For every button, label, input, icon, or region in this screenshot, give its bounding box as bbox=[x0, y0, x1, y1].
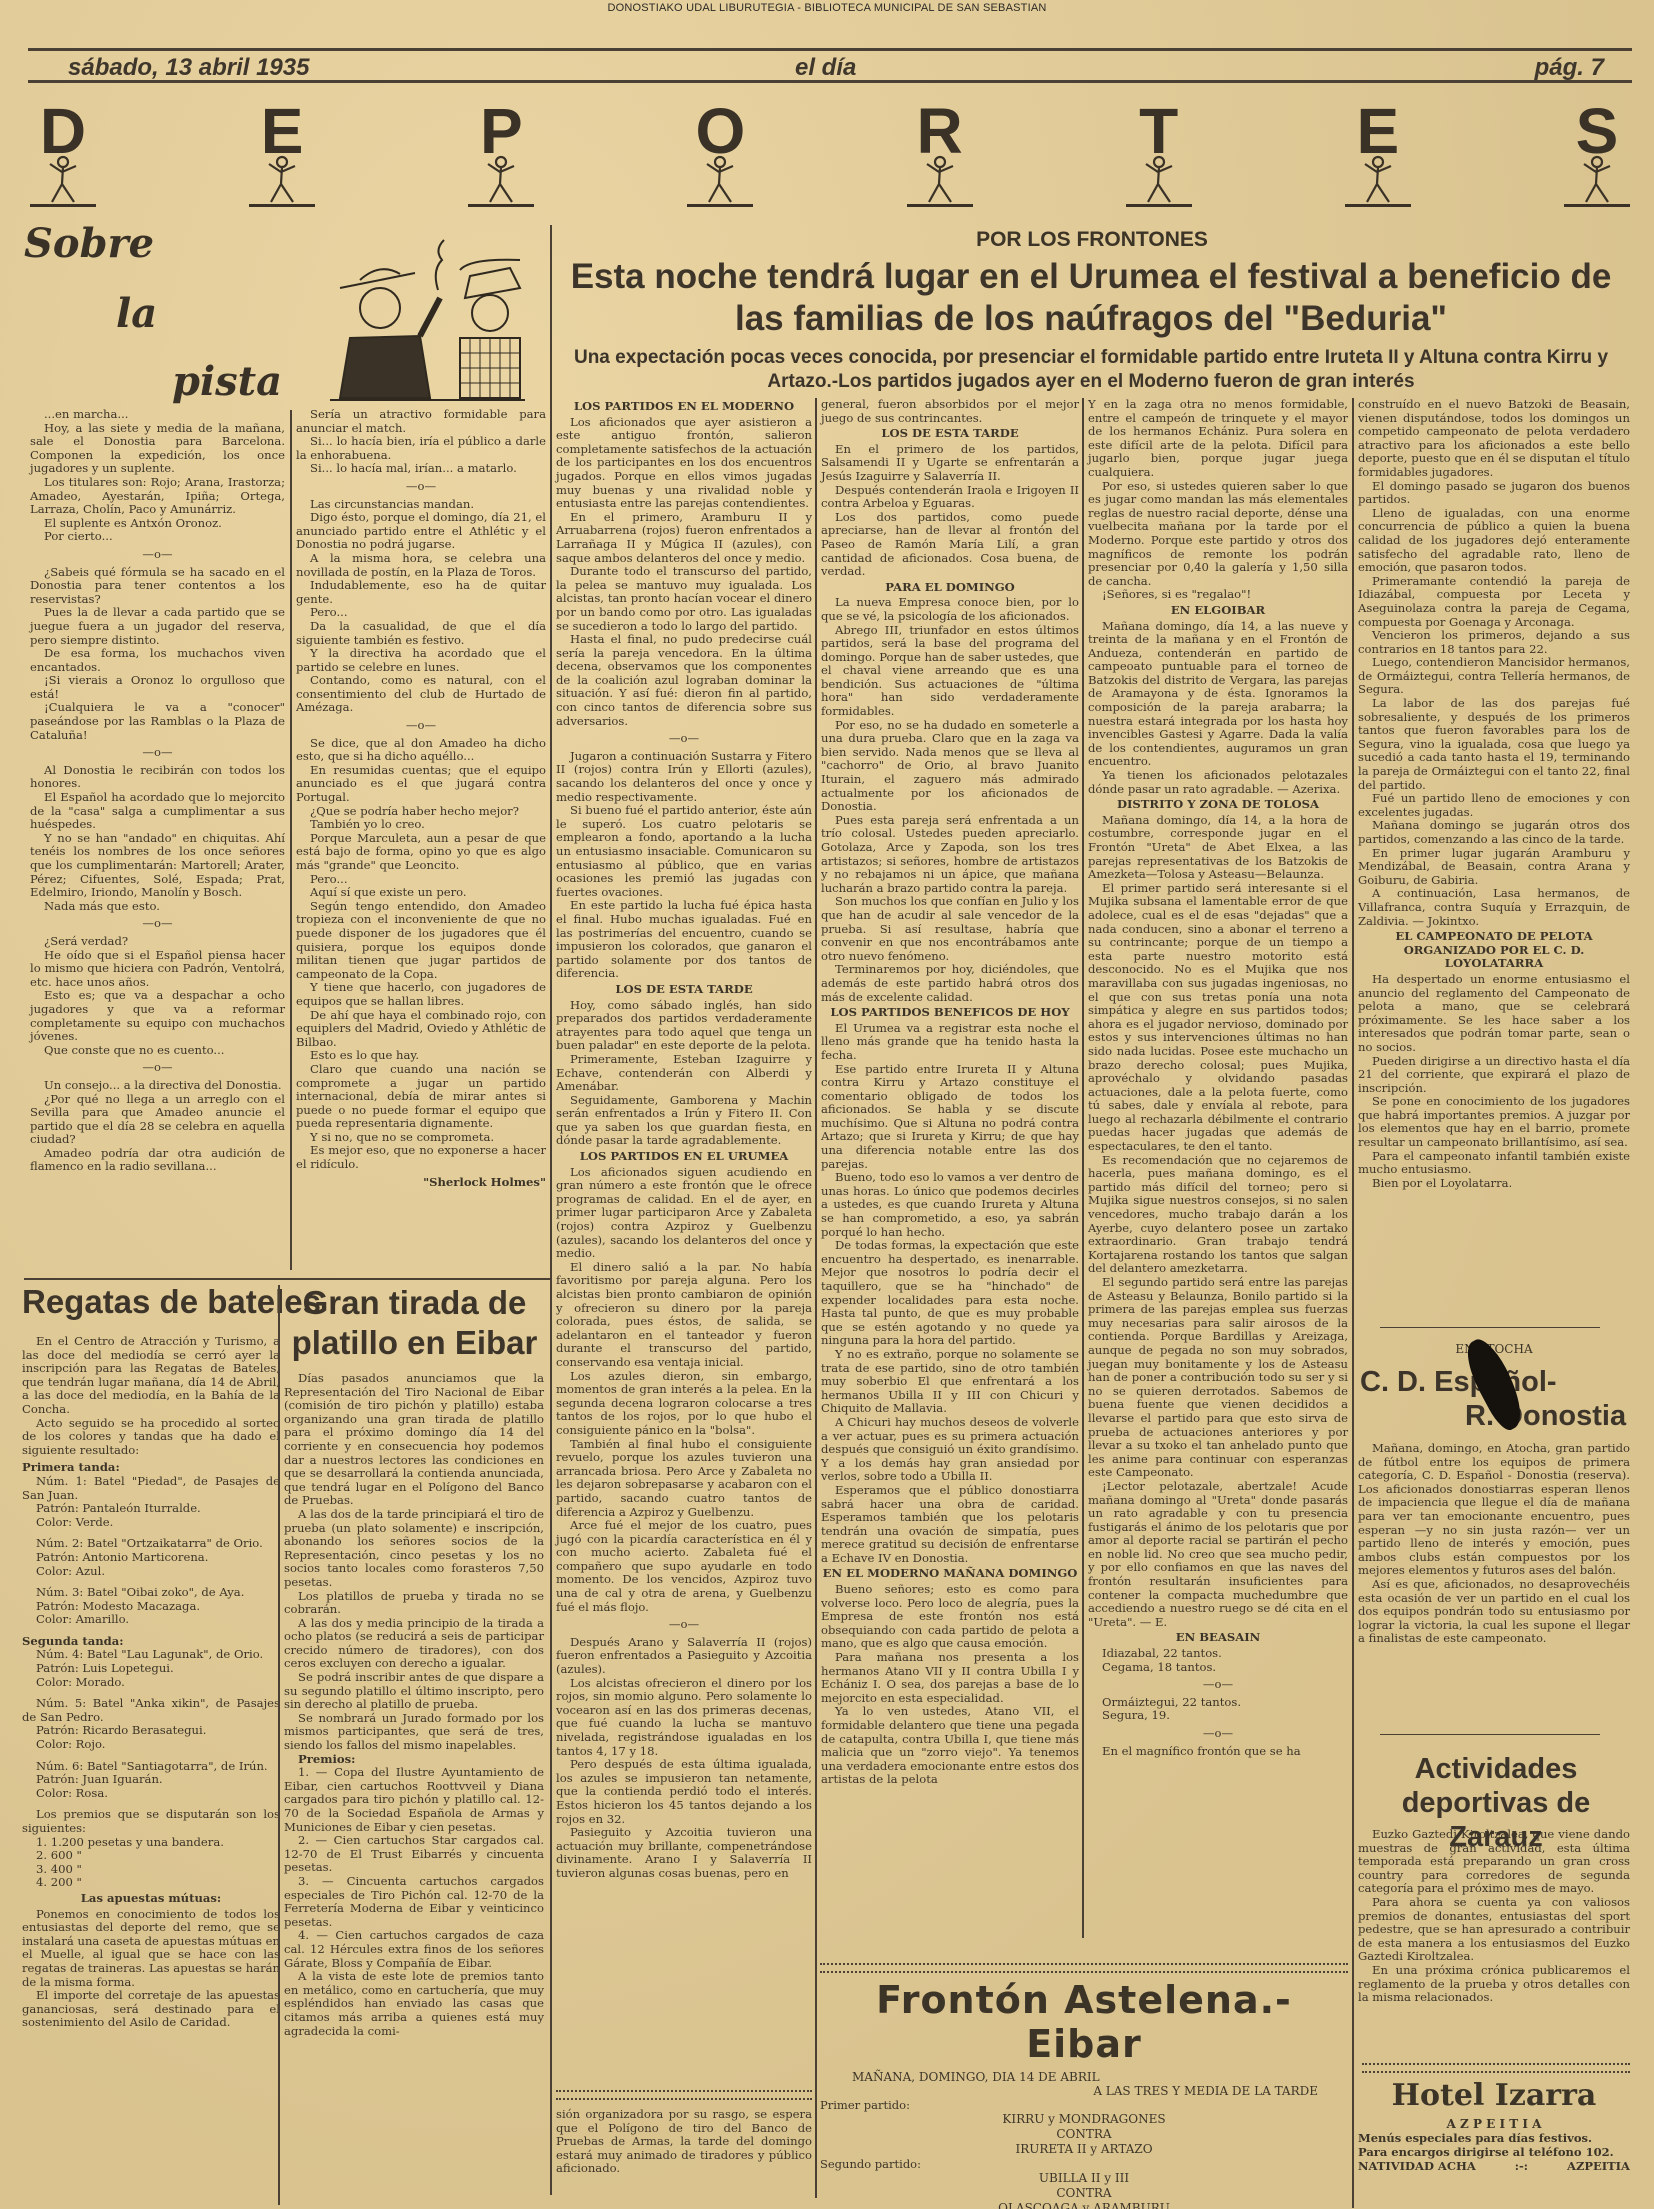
tirada-article: Días pasados anunciamos que la Represent… bbox=[284, 1372, 544, 2038]
paragraph: Euzko Gaztedi Kiroltzalea, que viene dan… bbox=[1358, 1828, 1630, 1896]
athlete-figure-icon bbox=[478, 154, 524, 204]
paragraph: Si... lo hacía bien, iría el público a d… bbox=[296, 435, 546, 462]
paragraph: Los azules dieron, sin embargo, momentos… bbox=[556, 1370, 812, 1438]
paragraph: ...en marcha... bbox=[30, 408, 285, 422]
tanda-label: Segunda tanda: bbox=[22, 1635, 280, 1649]
match-line: CONTRA bbox=[820, 2186, 1348, 2201]
paragraph: El dinero salió a la par. No había favor… bbox=[556, 1261, 812, 1370]
paragraph: Pero después de esta última igualada, lo… bbox=[556, 1758, 812, 1826]
deportes-section-banner: DEPORTES bbox=[28, 98, 1632, 213]
paragraph: ¡Señores, si es "regalao"! bbox=[1088, 588, 1348, 602]
paragraph: Bien por el Loyolatarra. bbox=[1358, 1177, 1630, 1191]
paragraph: Abrego III, triunfador en estos últimos … bbox=[821, 624, 1079, 719]
banner-letter-o: O bbox=[685, 98, 755, 213]
paragraph: Las circunstancias mandan. bbox=[296, 498, 546, 512]
subheading: EN ELGOIBAR bbox=[1088, 604, 1348, 618]
paragraph: general, fueron absorbidos por el mejor … bbox=[821, 398, 1079, 425]
paragraph: Hoy, como sábado inglés, han sido prepar… bbox=[556, 999, 812, 1053]
frontones-column-2: general, fueron absorbidos por el mejor … bbox=[821, 398, 1079, 1787]
paragraph: En el primero de los partidos, Salsamend… bbox=[821, 443, 1079, 484]
hotel-line-2: Para encargos dirigirse al teléfono 102. bbox=[1358, 2145, 1630, 2159]
paragraph: Indudablemente, eso ha de quitar gente. bbox=[296, 579, 546, 606]
paragraph: De esa forma, los muchachos viven encant… bbox=[30, 647, 285, 674]
paragraph: Pues esta pareja será enfrentada a un tr… bbox=[821, 814, 1079, 896]
paragraph: La nueva Empresa conoce bien, por lo que… bbox=[821, 596, 1079, 623]
paragraph: Después Arano y Salaverría II (rojos) fu… bbox=[556, 1636, 812, 1677]
column-divider bbox=[278, 1285, 280, 2205]
prize-line: 1. 1.200 pesetas y una bandera. bbox=[22, 1836, 280, 1850]
column-divider bbox=[1082, 398, 1084, 1938]
paragraph: Mañana domingo, día 14, a la hora de cos… bbox=[1088, 814, 1348, 882]
section-separator: —o— bbox=[1088, 1727, 1348, 1741]
paragraph: Se pone en conocimiento de los jugadores… bbox=[1358, 1095, 1630, 1149]
zarauz-article: Euzko Gaztedi Kiroltzalea, que viene dan… bbox=[1358, 1828, 1630, 2005]
paragraph: Acto seguido se ha procedido al sorteo d… bbox=[22, 1417, 280, 1458]
paragraph: El segundo partido será entre las pareja… bbox=[1088, 1276, 1348, 1480]
paragraph: Según tengo entendido, don Amadeo tropie… bbox=[296, 900, 546, 982]
paragraph: Hoy, a las siete y media de la mañana, s… bbox=[30, 422, 285, 476]
batel-entry: Núm. 2: Batel "Ortzaikatarra" de Orio. bbox=[22, 1537, 280, 1551]
paragraph: Primeramente, Esteban Izaguirre y Echave… bbox=[556, 1053, 812, 1094]
fronton-ad-match1-label: Primer partido: bbox=[820, 2098, 1348, 2112]
banner-ground-line bbox=[468, 204, 534, 207]
match-line: UBILLA II y III bbox=[820, 2171, 1348, 2186]
regatas-article: En el Centro de Atracción y Turismo, a l… bbox=[22, 1335, 280, 2030]
paragraph: Arce fué el mejor de los cuatro, pues ju… bbox=[556, 1519, 812, 1614]
frontones-column-1: LOS PARTIDOS EN EL MODERNOLos aficionado… bbox=[556, 398, 812, 1881]
paragraph: Los aficionados que ayer asistieron a es… bbox=[556, 416, 812, 511]
batel-patron: Patrón: Pantaleón Iturralde. bbox=[22, 1502, 280, 1516]
prize-line: 4. 200 " bbox=[22, 1876, 280, 1890]
subheading: PARA EL DOMINGO bbox=[821, 581, 1079, 595]
paragraph: Primeramante contendió la pareja de Idia… bbox=[1358, 575, 1630, 629]
column-divider bbox=[290, 410, 292, 1270]
prize-paragraph: 1. — Copa del Ilustre Ayuntamiento de Ei… bbox=[284, 1766, 544, 1834]
paragraph: ¡Cualquiera le va a "conocer" paseándose… bbox=[30, 701, 285, 742]
athlete-figure-icon bbox=[259, 154, 305, 204]
paragraph: El Español ha acordado que lo mejorcito … bbox=[30, 791, 285, 832]
paragraph: En resumidas cuentas; que el equipo anun… bbox=[296, 764, 546, 805]
paragraph: Por eso, si ustedes quieren saber lo que… bbox=[1088, 480, 1348, 589]
athlete-figure-icon bbox=[1136, 154, 1182, 204]
fronton-ad-match1: KIRRU y MONDRAGONESCONTRAIRURETA II y AR… bbox=[820, 2112, 1348, 2157]
paragraph: Hasta el final, no pudo predecirse cuál … bbox=[556, 633, 812, 728]
paragraph: Y no es extraño, porque no solamente se … bbox=[821, 1348, 1079, 1416]
section-divider bbox=[24, 1278, 550, 1280]
paragraph: Para el campeonato infantil también exis… bbox=[1358, 1150, 1630, 1177]
batel-entry: Núm. 4: Batel "Lau Lagunak", de Orio. bbox=[22, 1648, 280, 1662]
masthead-paper-name: el día bbox=[795, 54, 856, 82]
paragraph: Fué un partido lleno de emociones y con … bbox=[1358, 792, 1630, 819]
paragraph: Por cierto... bbox=[30, 530, 285, 544]
signature: "Sherlock Holmes" bbox=[296, 1176, 546, 1190]
paragraph: Bueno, todo eso lo vamos a ver dentro de… bbox=[821, 1171, 1079, 1239]
paragraph: Ese partido entre Irureta II y Altuna co… bbox=[821, 1063, 1079, 1172]
paragraph: También al final hubo el consiguiente re… bbox=[556, 1438, 812, 1520]
paragraph: Los dos partidos, como puede apreciarse,… bbox=[821, 511, 1079, 579]
prize-paragraph: A la vista de este lote de premios tanto… bbox=[284, 1970, 544, 2038]
prize-paragraph: 3. — Cincuenta cartuchos cargados especi… bbox=[284, 1875, 544, 1929]
subheading: LOS DE ESTA TARDE bbox=[556, 983, 812, 997]
paragraph: En primer lugar jugarán Aramburu y Mendi… bbox=[1358, 847, 1630, 888]
paragraph: ¿Que se podría haber hecho mejor? bbox=[296, 805, 546, 819]
paragraph: Se dice, que al don Amadeo ha dicho esto… bbox=[296, 737, 546, 764]
paragraph: Digo ésto, porque el domingo, día 21, el… bbox=[296, 511, 546, 552]
paragraph: Lleno de igualadas, con una enorme concu… bbox=[1358, 507, 1630, 575]
paragraph: Si... lo hacía mal, irían... a matarlo. bbox=[296, 462, 546, 476]
hotel-advertisement: Hotel Izarra A Z P E I T I A Menús espec… bbox=[1358, 2078, 1630, 2173]
regatas-headline: Regatas de bateles bbox=[22, 1283, 321, 1321]
fronton-advertisement: Frontón Astelena.-Eibar MAÑANA, DOMINGO,… bbox=[820, 1978, 1348, 2209]
paragraph: Ya tienen los aficionados pelotazales dó… bbox=[1088, 769, 1348, 796]
paragraph: Da la casualidad, de que el día siguient… bbox=[296, 620, 546, 647]
hotel-town-footer: AZPEITIA bbox=[1567, 2159, 1630, 2173]
paragraph: ¡Si vierais a Oronoz lo orgulloso que es… bbox=[30, 674, 285, 701]
subheading: EN BEASAIN bbox=[1088, 1631, 1348, 1645]
batel-color: Color: Verde. bbox=[22, 1516, 280, 1530]
column-divider bbox=[550, 225, 552, 2195]
paragraph: De ahí que haya el combinado rojo, con e… bbox=[296, 1009, 546, 1050]
paragraph: Los alcistas ofrecieron el dinero por lo… bbox=[556, 1677, 812, 1759]
paragraph: Aquí sí que existe un pero. bbox=[296, 886, 546, 900]
paragraph: Los premios que se disputarán son los si… bbox=[22, 1808, 280, 1835]
frontones-headline: Esta noche tendrá lugar en el Urumea el … bbox=[550, 256, 1632, 340]
subheading: Premios: bbox=[284, 1753, 544, 1767]
athlete-figure-icon bbox=[1355, 154, 1401, 204]
fronton-ad-match2: UBILLA II y IIICONTRAOLASCOAGA y ARAMBUR… bbox=[820, 2171, 1348, 2209]
paragraph: Son muchos los que confían en Julio y lo… bbox=[821, 895, 1079, 963]
fronton-ad-match2-label: Segundo partido: bbox=[820, 2157, 1348, 2171]
paragraph: Para ahora se cuenta ya con valiosos pre… bbox=[1358, 1896, 1630, 1964]
sobre-la-pista-column-1: ...en marcha...Hoy, a las siete y media … bbox=[30, 408, 285, 1174]
athlete-figure-icon bbox=[40, 154, 86, 204]
paragraph: ¿Sabeis qué fórmula se ha sacado en el D… bbox=[30, 566, 285, 607]
frontones-kicker: POR LOS FRONTONES bbox=[560, 228, 1624, 252]
fronton-ad-time: A LAS TRES Y MEDIA DE LA TARDE bbox=[820, 2084, 1348, 2098]
tirada-headline: Gran tirada de platillo en Eibar bbox=[282, 1283, 547, 1363]
paragraph: sión organizadora por su rasgo, se esper… bbox=[556, 2108, 812, 2176]
match-line: KIRRU y MONDRAGONES bbox=[820, 2112, 1348, 2127]
batel-entry: Núm. 3: Batel "Oibai zoko", de Aya. bbox=[22, 1586, 280, 1600]
paragraph: Días pasados anunciamos que la Represent… bbox=[284, 1372, 544, 1508]
score-line: Idiazabal, 22 tantos. bbox=[1088, 1647, 1348, 1661]
paragraph: Ha despertado un enorme entusiasmo el an… bbox=[1358, 973, 1630, 1055]
prize-line: 2. 600 " bbox=[22, 1849, 280, 1863]
paragraph: De todas formas, la expectación que este… bbox=[821, 1239, 1079, 1348]
subheading: LOS PARTIDOS EN EL MODERNO bbox=[556, 400, 812, 414]
paragraph: Mañana domingo, día 14, a las nueve y tr… bbox=[1088, 620, 1348, 770]
column-divider bbox=[815, 398, 817, 2198]
paragraph: Ya lo ven ustedes, Atano VII, el formida… bbox=[821, 1705, 1079, 1787]
paragraph: Pero... bbox=[296, 606, 546, 620]
paragraph: Se nombrará un Jurado formado por los mi… bbox=[284, 1712, 544, 1753]
paragraph: Mañana, domingo, en Atocha, gran partido… bbox=[1358, 1442, 1630, 1578]
paragraph: He oído que si el Español piensa hacer l… bbox=[30, 949, 285, 990]
batel-color: Color: Morado. bbox=[22, 1676, 280, 1690]
paragraph: Y la directiva ha acordado que el partid… bbox=[296, 647, 546, 674]
paragraph: Pues la de llevar a cada partido que se … bbox=[30, 606, 285, 647]
section-separator: —o— bbox=[296, 719, 546, 733]
paragraph: En este partido la lucha fué épica hasta… bbox=[556, 899, 812, 981]
paragraph: Y tiene que hacerlo, con jugadores de eq… bbox=[296, 981, 546, 1008]
paragraph: El Urumea va a registrar esta noche el l… bbox=[821, 1022, 1079, 1063]
paragraph: Contando, como es natural, con el consen… bbox=[296, 674, 546, 715]
paragraph: Pasieguito y Azcoitia tuvieron una actua… bbox=[556, 1826, 812, 1880]
paragraph: Durante todo el transcurso del partido, … bbox=[556, 565, 812, 633]
paragraph: En el magnífico frontón que se ha bbox=[1088, 1745, 1348, 1759]
score-line: Ormáiztegui, 22 tantos. bbox=[1088, 1696, 1348, 1710]
banner-letter-s: S bbox=[1562, 98, 1632, 213]
subheading: Las apuestas mútuas: bbox=[22, 1892, 280, 1906]
paragraph: Es mejor eso, que no exponerse a hacer e… bbox=[296, 1144, 546, 1171]
paragraph: Jugaron a continuación Sustarra y Fitero… bbox=[556, 750, 812, 804]
paragraph: A las dos de la tarde principiará el tir… bbox=[284, 1508, 544, 1590]
hotel-owner: NATIVIDAD ACHA bbox=[1358, 2159, 1476, 2173]
prize-paragraph: 2. — Cien cartuchos Star cargados cal. 1… bbox=[284, 1834, 544, 1875]
prize-paragraph: 4. — Cien cartuchos cargados de caza cal… bbox=[284, 1929, 544, 1970]
paragraph: Si bueno fué el partido anterior, éste a… bbox=[556, 804, 812, 899]
subheading: LOS PARTIDOS BENEFICOS DE HOY bbox=[821, 1006, 1079, 1020]
paragraph: Se podrá inscribir antes de que dispare … bbox=[284, 1671, 544, 1712]
paragraph: Porque Marculeta, aun a pesar de que est… bbox=[296, 832, 546, 873]
hotel-name: Hotel Izarra bbox=[1358, 2078, 1630, 2113]
section-separator: —o— bbox=[30, 548, 285, 562]
hotel-town: A Z P E I T I A bbox=[1358, 2117, 1630, 2131]
fronton-ad-date: MAÑANA, DOMINGO, DIA 14 DE ABRIL bbox=[820, 2070, 1348, 2084]
paragraph: Claro que cuando una nación se compromet… bbox=[296, 1063, 546, 1131]
paragraph: ¿Por qué no llega a un arreglo con el Se… bbox=[30, 1093, 285, 1147]
espanol-headline-line1: C. D. Español- bbox=[1360, 1366, 1557, 1399]
paragraph: Pueden dirigirse a un directivo hasta el… bbox=[1358, 1055, 1630, 1096]
banner-ground-line bbox=[687, 204, 753, 207]
paragraph: A continuación, Lasa hermanos, de Villaf… bbox=[1358, 887, 1630, 928]
paragraph: Luego, contendieron Mancisidor hermanos,… bbox=[1358, 656, 1630, 697]
paragraph: Los titulares son: Rojo; Arana, Irastorz… bbox=[30, 476, 285, 517]
banner-ground-line bbox=[1126, 204, 1192, 207]
banner-ground-line bbox=[1564, 204, 1630, 207]
subheading: EN EL MODERNO MAÑANA DOMINGO bbox=[821, 1567, 1079, 1581]
paragraph: Un consejo... a la directiva del Donosti… bbox=[30, 1079, 285, 1093]
banner-letter-e: E bbox=[247, 98, 317, 213]
paragraph: También yo lo creo. bbox=[296, 818, 546, 832]
paragraph: Y no se han "andado" en chiquitas. Ahí t… bbox=[30, 832, 285, 900]
subheading: EL CAMPEONATO DE PELOTA ORGANIZADO POR E… bbox=[1358, 930, 1630, 971]
hotel-line-1: Menús especiales para días festivos. bbox=[1358, 2131, 1630, 2145]
score-line: Segura, 19. bbox=[1088, 1709, 1348, 1723]
hotel-separator: :-: bbox=[1515, 2159, 1528, 2173]
paragraph: En el primero, Aramburu II y Arruabarren… bbox=[556, 511, 812, 565]
frontones-column-4: construído en el nuevo Batzoki de Beasai… bbox=[1358, 398, 1630, 1190]
paragraph: A Chicuri hay muchos deseos de volverle … bbox=[821, 1416, 1079, 1484]
batel-patron: Patrón: Juan Iguarán. bbox=[22, 1773, 280, 1787]
paragraph: Sería un atractivo formidable para anunc… bbox=[296, 408, 546, 435]
section-separator: —o— bbox=[30, 1061, 285, 1075]
section-separator: —o— bbox=[30, 746, 285, 760]
frontones-column-3: Y en la zaga otra no menos formidable, e… bbox=[1088, 398, 1348, 1758]
masthead-date: sábado, 13 abril 1935 bbox=[68, 54, 309, 82]
paragraph: A la misma hora, se celebra una novillad… bbox=[296, 552, 546, 579]
banner-ground-line bbox=[30, 204, 96, 207]
section-separator: —o— bbox=[556, 732, 812, 746]
paragraph: ¡Lector pelotazale, abertzale! Acude mañ… bbox=[1088, 1480, 1348, 1630]
sobre-la-pista-column-2: Sería un atractivo formidable para anunc… bbox=[296, 408, 546, 1193]
paragraph: Pero... bbox=[296, 873, 546, 887]
banner-letter-p: P bbox=[466, 98, 536, 213]
paragraph: Mañana domingo se jugarán otros dos part… bbox=[1358, 819, 1630, 846]
paragraph: El importe del corretaje de las apuestas… bbox=[22, 1989, 280, 2030]
batel-color: Color: Rojo. bbox=[22, 1738, 280, 1752]
ornament-rule bbox=[1380, 1734, 1600, 1735]
paragraph: Y en la zaga otra no menos formidable, e… bbox=[1088, 398, 1348, 480]
paragraph: Esperamos que el público donostiarra sab… bbox=[821, 1484, 1079, 1566]
match-line: CONTRA bbox=[820, 2127, 1348, 2142]
paragraph: Para mañana nos presenta a los hermanos … bbox=[821, 1651, 1079, 1705]
fronton-ad-title: Frontón Astelena.-Eibar bbox=[820, 1978, 1348, 2066]
column-title-pista: pista bbox=[172, 358, 282, 405]
subheading: LOS PARTIDOS EN EL URUMEA bbox=[556, 1150, 812, 1164]
banner-letter-t: T bbox=[1124, 98, 1194, 213]
tanda-label: Primera tanda: bbox=[22, 1461, 280, 1475]
column-title-la: la bbox=[116, 290, 157, 337]
cartoon-illustration bbox=[320, 228, 530, 403]
section-separator: —o— bbox=[30, 917, 285, 931]
athlete-figure-icon bbox=[1574, 154, 1620, 204]
paragraph: El primer partido será interesante si el… bbox=[1088, 882, 1348, 1154]
paragraph: Los aficionados siguen acudiendo en gran… bbox=[556, 1166, 812, 1261]
section-separator: —o— bbox=[556, 1618, 812, 1632]
match-line: IRURETA II y ARTAZO bbox=[820, 2142, 1348, 2157]
paragraph: Que conste que no es cuento... bbox=[30, 1044, 285, 1058]
frontones-deck: Una expectación pocas veces conocida, po… bbox=[550, 346, 1632, 394]
paragraph: Después contenderán Iraola e Irigoyen II… bbox=[821, 484, 1079, 511]
paragraph: En una próxima crónica publicaremos el r… bbox=[1358, 1964, 1630, 2005]
paragraph: Los platillos de prueba y tirada no se c… bbox=[284, 1590, 544, 1617]
paragraph: Amadeo podría dar otra audición de flame… bbox=[30, 1147, 285, 1174]
paragraph: Ponemos en conocimiento de todos los ent… bbox=[22, 1908, 280, 1990]
prize-line: 3. 400 " bbox=[22, 1863, 280, 1877]
paragraph: Al Donostia le recibirán con todos los h… bbox=[30, 764, 285, 791]
paragraph: En el Centro de Atracción y Turismo, a l… bbox=[22, 1335, 280, 1417]
batel-patron: Patrón: Ricardo Berasategui. bbox=[22, 1724, 280, 1738]
batel-entry: Núm. 1: Batel "Piedad", de Pasajes de Sa… bbox=[22, 1475, 280, 1502]
banner-ground-line bbox=[249, 204, 315, 207]
banner-letter-r: R bbox=[905, 98, 975, 213]
tirada-continuation: sión organizadora por su rasgo, se esper… bbox=[556, 2108, 812, 2176]
paragraph: Así es que, aficionados, no desaproveché… bbox=[1358, 1578, 1630, 1646]
banner-ground-line bbox=[907, 204, 973, 207]
paragraph: Esto es lo que hay. bbox=[296, 1049, 546, 1063]
batel-entry: Núm. 5: Batel "Anka xikin", de Pasajes d… bbox=[22, 1697, 280, 1724]
athlete-figure-icon bbox=[697, 154, 743, 204]
subheading: DISTRITO Y ZONA DE TOLOSA bbox=[1088, 798, 1348, 812]
paragraph: A las dos y media principio de la tirada… bbox=[284, 1617, 544, 1671]
paragraph: El domingo pasado se jugaron dos buenos … bbox=[1358, 480, 1630, 507]
paragraph: Seguidamente, Gamborena y Machin serán e… bbox=[556, 1094, 812, 1148]
banner-ground-line bbox=[1345, 204, 1411, 207]
ornament-rule bbox=[1380, 1327, 1600, 1328]
score-line: Cegama, 18 tantos. bbox=[1088, 1661, 1348, 1675]
paragraph: ¿Será verdad? bbox=[30, 935, 285, 949]
masthead-top-rule bbox=[28, 48, 1632, 51]
wavy-rule bbox=[556, 2090, 812, 2100]
paragraph: La labor de las dos parejas fué sobresal… bbox=[1358, 697, 1630, 792]
column-title-sobre: Sobre bbox=[24, 220, 154, 267]
espanol-article: Mañana, domingo, en Atocha, gran partido… bbox=[1358, 1442, 1630, 1646]
batel-entry: Núm. 6: Batel "Santiagotarra", de Irún. bbox=[22, 1760, 280, 1774]
section-separator: —o— bbox=[296, 480, 546, 494]
batel-patron: Patrón: Luis Lopetegui. bbox=[22, 1662, 280, 1676]
paragraph: Por eso, no se ha dudado en someterle a … bbox=[821, 719, 1079, 814]
masthead-bottom-rule bbox=[28, 80, 1632, 83]
batel-patron: Patrón: Antonio Marticorena. bbox=[22, 1551, 280, 1565]
section-separator: —o— bbox=[1088, 1678, 1348, 1692]
archive-label: DONOSTIAKO UDAL LIBURUTEGIA - BIBLIOTECA… bbox=[0, 2, 1654, 14]
paragraph: El suplente es Antxón Oronoz. bbox=[30, 517, 285, 531]
athlete-figure-icon bbox=[917, 154, 963, 204]
paragraph: Terminaremos por hoy, diciéndoles, que a… bbox=[821, 963, 1079, 1004]
batel-patron: Patrón: Modesto Macazaga. bbox=[22, 1600, 280, 1614]
banner-letter-e: E bbox=[1343, 98, 1413, 213]
subheading: LOS DE ESTA TARDE bbox=[821, 427, 1079, 441]
batel-color: Color: Amarillo. bbox=[22, 1613, 280, 1627]
paragraph: Y si no, que no se comprometa. bbox=[296, 1131, 546, 1145]
match-line: OLASCOAGA y ARAMBURU bbox=[820, 2201, 1348, 2209]
paragraph: Esto es; que va a despachar a ocho jugad… bbox=[30, 989, 285, 1043]
wavy-rule bbox=[1362, 2063, 1630, 2073]
column-divider bbox=[1352, 398, 1354, 2208]
wavy-rule bbox=[820, 1963, 1348, 1973]
paragraph: Es recomendación que no cejaremos de hac… bbox=[1088, 1154, 1348, 1276]
paragraph: Nada más que esto. bbox=[30, 900, 285, 914]
paragraph: Vencieron los primeros, dejando a sus co… bbox=[1358, 629, 1630, 656]
batel-color: Color: Rosa. bbox=[22, 1787, 280, 1801]
batel-color: Color: Azul. bbox=[22, 1565, 280, 1579]
banner-letter-d: D bbox=[28, 98, 98, 213]
paragraph: Bueno señores; esto es como para volvers… bbox=[821, 1583, 1079, 1651]
masthead-page-number: pág. 7 bbox=[1535, 54, 1604, 82]
paragraph: construído en el nuevo Batzoki de Beasai… bbox=[1358, 398, 1630, 480]
